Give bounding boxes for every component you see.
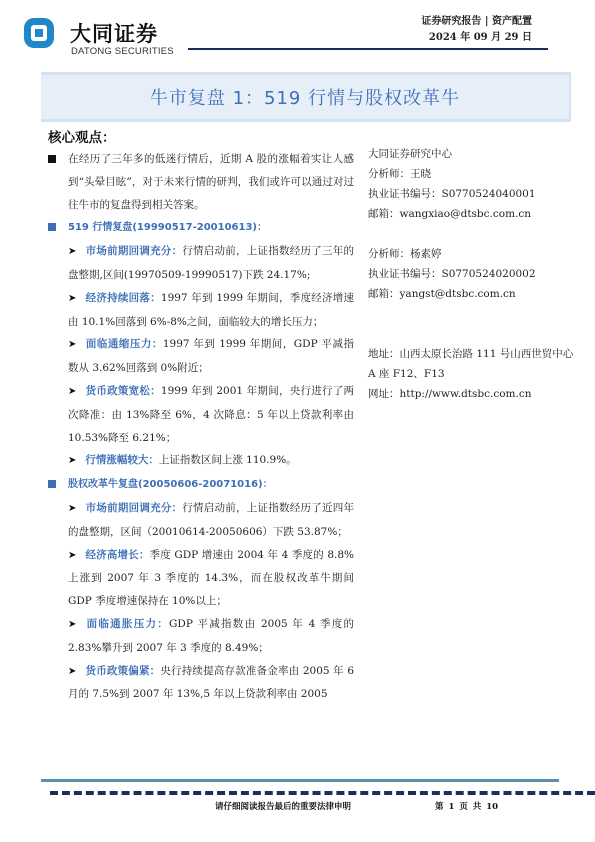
point: ➤ 经济持续回落：1997 年到 1999 年期间，季度经济增速由 10.1%回… [48, 287, 354, 334]
footer-dashed-divider [50, 791, 595, 795]
report-type: 证券研究报告 | 资产配置 [421, 14, 532, 30]
company-address: 地址：山西太原长治路 111 号山西世贸中心 A 座 F12、F13 [368, 344, 578, 384]
arrow-bullet-icon: ➤ [68, 450, 82, 473]
research-center: 大同证券研究中心 [368, 144, 578, 164]
square-bullet-icon [48, 223, 56, 231]
point: ➤ 行情涨幅较大：上证指数区间上涨 110.9%。 [48, 449, 354, 473]
title-banner: 牛市复盘 1：519 行情与股权改革牛 [41, 72, 571, 122]
section-heading-reform: 股权改革牛复盘(20050606-20071016)： [48, 473, 354, 497]
analyst-cert: 执业证书编号：S0770524040001 [368, 184, 578, 204]
square-bullet-icon [48, 480, 56, 488]
section-heading-519: 519 行情复盘(19990517-20010613)： [48, 216, 354, 240]
analyst-name: 分析师：王晓 [368, 164, 578, 184]
page-number: 第 1 页 共 10 [435, 800, 498, 812]
point: ➤ 货币政策宽松：1999 年到 2001 年期间，央行进行了两次降准：由 13… [48, 380, 354, 449]
main-content: 在经历了三年多的低迷行情后，近期 A 股的涨幅着实让人感到“头晕目眩”，对于未来… [48, 148, 354, 706]
intro-paragraph: 在经历了三年多的低迷行情后，近期 A 股的涨幅着实让人感到“头晕目眩”，对于未来… [48, 148, 354, 216]
arrow-bullet-icon: ➤ [68, 545, 82, 568]
header-meta: 证券研究报告 | 资产配置 2024 年 09 月 29 日 [421, 14, 532, 46]
content-bottom-divider [41, 779, 559, 782]
point: ➤ 市场前期回调充分：行情启动前，上证指数经历了三年的盘整期,区间(199705… [48, 240, 354, 287]
arrow-bullet-icon: ➤ [68, 241, 82, 264]
point: ➤ 经济高增长：季度 GDP 增速由 2004 年 4 季度的 8.8%上涨到 … [48, 544, 354, 613]
footer-disclaimer: 请仔细阅读报告最后的重要法律申明 [215, 800, 351, 812]
analyst-name: 分析师：杨素婷 [368, 244, 578, 264]
square-bullet-icon [48, 155, 56, 163]
arrow-bullet-icon: ➤ [68, 498, 82, 521]
report-date: 2024 年 09 月 29 日 [421, 30, 532, 46]
arrow-bullet-icon: ➤ [68, 288, 82, 311]
brand-name-cn: 大同证券 [70, 18, 158, 48]
report-title: 牛市复盘 1：519 行情与股权改革牛 [150, 84, 460, 110]
header-divider [188, 48, 548, 50]
analyst-email[interactable]: 邮箱：wangxiao@dtsbc.com.cn [368, 204, 578, 224]
point: ➤ 面临通胀压力：GDP 平减指数由 2005 年 4 季度的 2.83%攀升到… [48, 613, 354, 660]
point: ➤ 货币政策偏紧：央行持续提高存款准备金率由 2005 年 6 月的 7.5%到… [48, 660, 354, 707]
arrow-bullet-icon: ➤ [68, 334, 82, 357]
core-views-label: 核心观点： [48, 126, 116, 146]
datong-logo-icon [20, 14, 58, 52]
point: ➤ 市场前期回调充分：行情启动前，上证指数经历了近四年的盘整期，区间（20010… [48, 497, 354, 544]
point: ➤ 面临通缩压力：1997 年到 1999 年期间，GDP 平减指数从 3.62… [48, 333, 354, 380]
arrow-bullet-icon: ➤ [68, 661, 82, 684]
analyst-email[interactable]: 邮箱：yangst@dtsbc.com.cn [368, 284, 578, 304]
analyst-cert: 执业证书编号：S0770524020002 [368, 264, 578, 284]
arrow-bullet-icon: ➤ [68, 614, 82, 637]
brand-name-en: DATONG SECURITIES [71, 46, 174, 57]
sidebar-contact: 大同证券研究中心 分析师：王晓 执业证书编号：S0770524040001 邮箱… [368, 144, 578, 404]
company-website[interactable]: 网址：http://www.dtsbc.com.cn [368, 384, 578, 404]
arrow-bullet-icon: ➤ [68, 381, 82, 404]
